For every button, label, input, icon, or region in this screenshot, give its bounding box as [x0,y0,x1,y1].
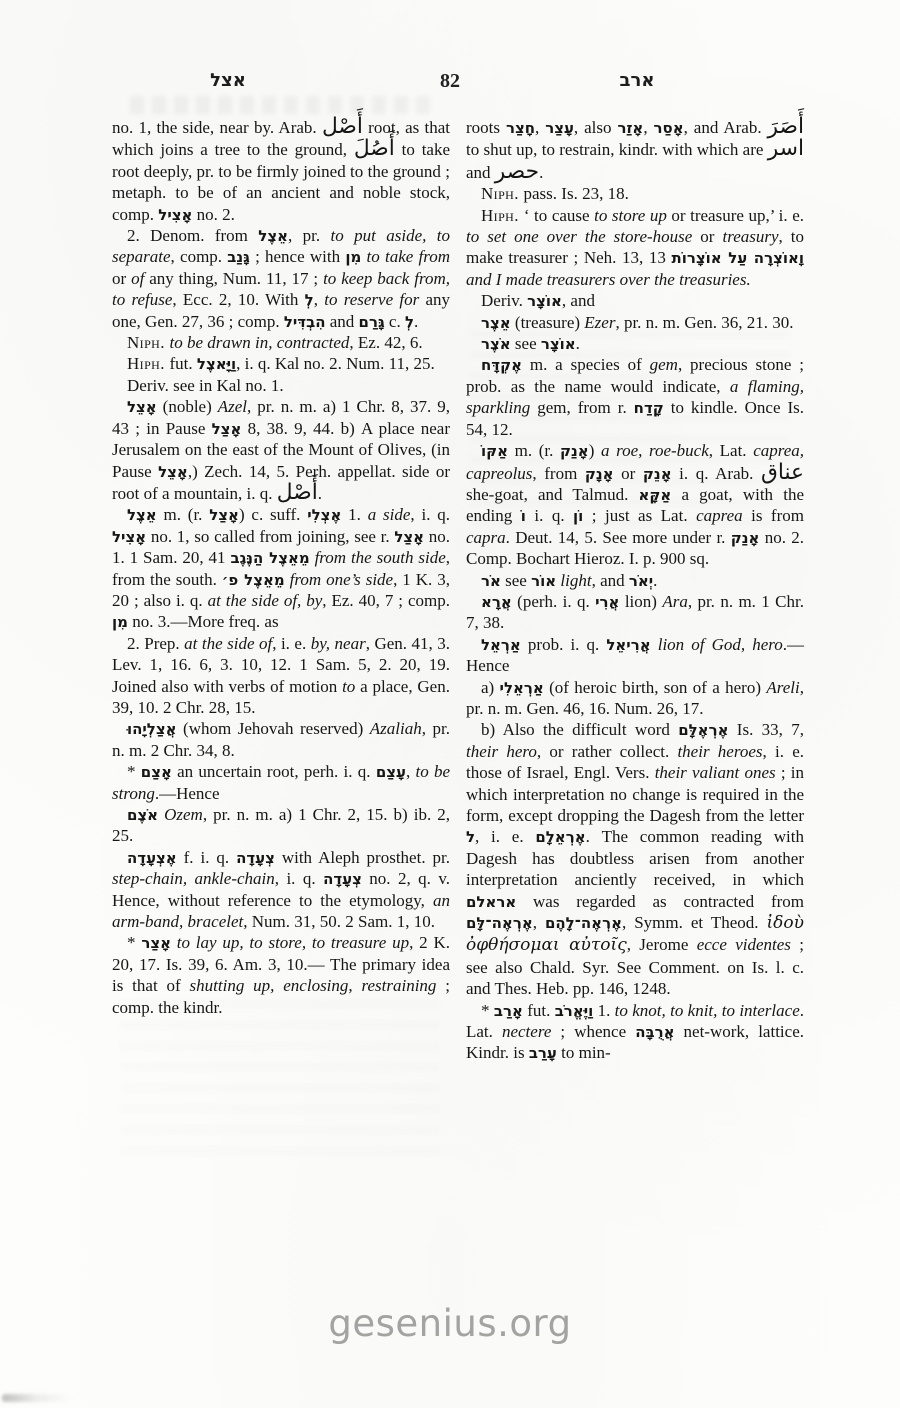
italic-text-run: their hero [466,742,537,761]
hebrew-text: אָנַק [731,529,760,547]
hebrew-text: אַקּוֹ [481,442,508,460]
hebrew-text: אֵצֶל [127,506,157,524]
italic-text-run: lion of God, hero [658,635,783,654]
italic-text-run: by, near [311,634,366,653]
text-run: see [511,334,541,353]
hebrew-text: אָצֵל [127,398,157,416]
text-run: (noble) [157,397,218,416]
text-run: an uncertain root, perh. i. q. [172,762,376,781]
italic-text-run: at the side of, by [208,591,323,610]
hebrew-text: אַרְאֵל [481,636,521,654]
right-column: roots חָצַר, עָצַר, also אָזַר, אָסַר, a… [466,116,804,1064]
hebrew-text: אֲרִי [595,593,619,611]
text-run: and [466,163,495,182]
hebrew-text: אֹצֶם [127,806,158,824]
text-run: or treasure up,’ i. e. [667,206,804,225]
hebrew-text: אֶרְאֶה־לָהֶם [545,914,622,932]
hebrew-text: מִן [345,248,361,266]
paragraph: Deriv. see in Kal no. 1. [112,375,450,396]
left-column: no. 1, the side, near by. Arab. أَصْل ro… [112,116,450,1064]
text-run: 1. [341,505,367,524]
running-head-left: אצל [158,70,298,91]
hebrew-text: אָצַל [212,420,242,438]
hebrew-text: אֶצְלִי [307,506,341,524]
text-run: * [127,762,141,781]
italic-text-run: of [131,269,144,288]
hebrew-text: אַרְאֵלִי [500,679,544,697]
text-run: no. 1, the side, near by. Arab. [112,118,322,137]
text-run: , [533,913,545,932]
text-run: , Ez. 42, 6. [349,333,422,352]
text-run: a) [481,678,500,697]
text-run: ; hence with [250,247,345,266]
text-run: or [614,464,643,483]
hebrew-text: קָדַח [634,399,664,417]
hebrew-text: אָסַר [654,119,684,137]
hebrew-text: אָצַל [394,528,424,546]
text-run: , Symm. et Theod. [622,913,767,932]
text-run: ) [589,441,601,460]
text-run: (whom Jehovah reserved) [177,719,370,738]
text-run: ) c. suff. [239,505,307,524]
scan-smudge-artifact [2,1394,72,1402]
text-run: , Jerome [627,935,697,954]
hebrew-text: מִן [112,613,128,631]
paragraph: אֹר see אוֹר light, and יְאֹר. [466,570,804,591]
text-run: i. q. Arab. [672,464,761,483]
text-run: 2. Denom. from [127,226,258,245]
text-run: , and [562,291,595,310]
hebrew-text: גָּנַב [227,248,250,266]
text-run: no. 3.—More freq. as [128,612,279,631]
hebrew-text: אָצַם [141,763,172,781]
text-run: to min- [557,1043,611,1062]
text-run: c. [385,312,405,331]
paragraph: אֶצְעָדָה f. i. q. צְעָדָה with Aleph pr… [112,847,450,933]
paragraph: b) Also the difficult word אֶרְאֶלָּם Is… [466,719,804,999]
hebrew-text: אָרַב [494,1002,523,1020]
page-header: אצל 82 ארב [0,70,900,100]
hebrew-text: חָצַר [506,119,535,137]
text-run: was regarded as contracted from [516,892,804,911]
paragraph: אֹצֶר see אוֹצָר. [466,333,804,354]
paragraph: 2. Prep. at the side of, i. e. by, near,… [112,633,450,719]
hebrew-text: אָנַק [560,442,589,460]
text-run: . [318,484,322,503]
hebrew-text: עָצַר [545,119,574,137]
text-run: to shut up, to restrain, kindr. with whi… [466,140,768,159]
text-run: , i. q. [275,869,323,888]
italic-text-run: from the south side [315,548,446,567]
italic-text-run: Azaliah [370,719,422,738]
italic-text-run: Ara [662,592,688,611]
hebrew-text: וַיֶּאֱרֹב [555,1002,594,1020]
text-columns: no. 1, the side, near by. Arab. أَصْل ro… [112,116,804,1064]
text-run: . [414,312,418,331]
italic-text-run: Ezer [584,313,615,332]
paragraph: אֹצֶם Ozem, pr. n. m. a) 1 Chr. 2, 15. b… [112,804,450,847]
hebrew-text: וֹן [573,507,583,525]
paragraph: a) אַרְאֵלִי (of heroic birth, son of a … [466,677,804,720]
text-run: , pr. [288,226,331,245]
hebrew-text: אֵצֶל [258,227,288,245]
text-run: , i. e. [272,634,310,653]
paragraph: אֶקְדָּח m. a species of gem, precious s… [466,354,804,440]
hebrew-text: אוֹצָר [541,335,576,353]
arabic-text: أَصَرَ [768,114,805,139]
paragraph: Deriv. אוֹצָר, and [466,290,804,311]
text-run: , i. q. [410,505,450,524]
text-run: (perh. i. q. [512,592,595,611]
text-run: 1. [593,1001,614,1020]
paragraph: * אָרַב fut. וַיֶּאֱרֹב 1. to knot, to k… [466,1000,804,1064]
italic-text-run: a roe, roe-buck [601,441,709,460]
italic-text-run: treasury [722,227,778,246]
text-run: , and Arab. [684,118,768,137]
text-run: ; whence [551,1022,635,1041]
text-run: , Ez. 40, 7 ; comp. [322,591,450,610]
italic-text-run: to knot, to knit, to interlace [615,1001,800,1020]
text-run: i. q. [526,506,573,525]
text-run: , from [532,464,584,483]
hebrew-text: גָּרַם [359,313,385,331]
text-run: . [653,571,657,590]
hebrew-text: מֵאֵצֶל הַנֶּגֶב [230,549,309,567]
italic-text-run: a side [368,505,411,524]
hebrew-text: אֶצְעָדָה [127,849,177,867]
italic-text-run: from one’s side [290,570,393,589]
paragraph: no. 1, the side, near by. Arab. أَصْل ro… [112,116,450,225]
paragraph: * אָצַר to lay up, to store, to treasure… [112,932,450,1018]
hebrew-text: אָזַר [617,119,643,137]
hebrew-text: עָרַב [529,1044,557,1062]
arabic-text: عناق [761,460,804,485]
text-run: she-goat, and Talmud. [466,485,639,504]
text-run: b) Also the difficult word [481,720,678,739]
text-run: 2. Prep. [127,634,184,653]
text-run: fut. [170,354,197,373]
hebrew-text: אֲרָא [481,593,512,611]
text-run: (treasure) [511,313,585,332]
text-run: no. 2. [192,205,235,224]
hebrew-text: אֹצֶר [481,335,511,353]
text-run: roots [466,118,506,137]
text-run: , [535,118,545,137]
arabic-text: أَصُلَ [354,136,395,161]
hebrew-text: מֵאֵצֶל פ׳ [222,571,285,589]
paragraph: אַרְאֵל prob. i. q. אֲרִיאֵל lion of God… [466,634,804,677]
hebrew-text: עָצַם [376,763,406,781]
text-run: .—Hence [155,784,220,803]
hebrew-text: אָצִיל [158,206,192,224]
italic-text-run: to [342,677,355,696]
italic-text-run: step-chain, ankle-chain [112,869,275,888]
hebrew-text: אַקָּא [639,486,672,504]
italic-text-run: to take from [367,247,450,266]
arabic-text: أَصْل [277,480,318,505]
text-run: , Num. 31, 50. 2 Sam. 1, 10. [243,912,435,931]
text-run: Deriv. [481,291,527,310]
hebrew-text: אָצֵל [158,463,188,481]
text-run: , also [574,118,618,137]
text-run: . [576,334,580,353]
text-run: is from [743,506,804,525]
italic-text-run: shutting up, enclosing, restraining [190,976,437,995]
text-run: m. (r. [508,441,560,460]
hebrew-text: וָאוֹצְרָה עַל אוֹצָרוֹת [672,249,804,267]
text-run: , Ecc. 2, 10. With [172,290,304,309]
text-run: (of heroic birth, son of a hero) [544,678,767,697]
text-run: Deriv. see in Kal no. 1. [127,376,284,395]
text-run: m. (r. [157,505,210,524]
italic-text-run: capra [466,528,506,547]
text-run: f. i. q. [177,848,236,867]
italic-text-run: Areli [766,678,799,697]
text-run [651,635,658,654]
hebrew-text: יְאֹר [629,572,653,590]
italic-text-run: Ozem [164,805,203,824]
hebrew-text: אֲרִיאֵל [606,636,650,654]
paragraph: roots חָצַר, עָצַר, also אָזַר, אָסַר, a… [466,116,804,183]
italic-text-run: to set one over the store-house [466,227,692,246]
italic-text-run: ecce videntes [697,935,791,954]
italic-text-run: Azel [218,397,247,416]
italic-text-run: and I made treasurers over the treasurie… [466,270,751,289]
text-run: m. a species of [522,355,650,374]
text-run: ; just as Lat. [583,506,696,525]
italic-text-run: their valiant ones [655,763,776,782]
paragraph: אָצֵל (noble) Azel, pr. n. m. a) 1 Chr. … [112,396,450,504]
text-run: , [643,118,653,137]
hebrew-text: וַיָּאצֶל [197,355,236,373]
paragraph: אַקּוֹ m. (r. אָנַק) a roe, roe-buck, La… [466,440,804,569]
paragraph: אֵצֶר (treasure) Ezer, pr. n. m. Gen. 36… [466,312,804,333]
text-run: fut. [523,1001,555,1020]
grammar-form-label: Hiph. [481,206,524,225]
grammar-form-label: Hiph. [127,354,170,373]
grammar-form-label: Niph. [127,333,170,352]
text-run: * [127,933,141,952]
hebrew-text: אראלם [466,893,516,911]
italic-text-run: to lay up, to store, to treasure up [177,933,409,952]
text-run: see [501,571,531,590]
text-run: or [692,227,722,246]
paragraph: Niph. pass. Is. 23, 18. [466,183,804,204]
italic-text-run: gem [650,355,678,374]
text-run: * [481,1001,494,1020]
hebrew-text: אֵצֶר [481,314,511,332]
paragraph: אֲצַלְיָהוּ (whom Jehovah reserved) Azal… [112,718,450,761]
text-run: gem, from r. [530,398,633,417]
hebrew-text: אָנֵק [643,465,672,483]
hebrew-text: אֶרְאֵלָם [535,828,585,846]
scanned-page: אצל 82 ארב no. 1, the side, near by. Ara… [0,0,900,1408]
hebrew-text: ל [466,828,475,846]
hebrew-text: צְעָדָה [323,870,362,888]
hebrew-text: לְ [305,291,314,309]
text-run: Is. 33, 7, [728,720,804,739]
text-run: or [112,269,131,288]
text-run: , i. e. [475,827,535,846]
italic-text-run: light [560,571,591,590]
hebrew-text: אֶרְאֶלָּם [678,721,728,739]
text-run: . Deut. 14, 5. See more under r. [506,528,731,547]
text-run: ‘ to cause [524,206,594,225]
text-run: pass. Is. 23, 18. [524,184,629,203]
paragraph: אֲרָא (perh. i. q. אֲרִי lion) Ara, pr. … [466,591,804,634]
hebrew-text: הִבְדִּיל [284,313,326,331]
hebrew-text: אוֹצָר [527,292,562,310]
paragraph: Niph. to be drawn in, contracted, Ez. 42… [112,332,450,353]
text-run: prob. i. q. [521,635,607,654]
hebrew-text: אָנָק [585,465,614,483]
text-run: , i. q. Kal no. 2. Num. 11, 25. [236,354,435,373]
page-number: 82 [405,70,495,93]
italic-text-run: to store up [594,206,667,225]
italic-text-run: nectere [502,1022,551,1041]
paragraph: Hiph. fut. וַיָּאצֶל, i. q. Kal no. 2. N… [112,353,450,374]
text-run: and [326,312,359,331]
hebrew-text: לְ [405,313,414,331]
paragraph: Hiph. ‘ to cause to store up or treasure… [466,205,804,291]
text-run: lion) [619,592,662,611]
italic-text-run: their heroes [677,742,762,761]
text-run: , Lat. [709,441,753,460]
italic-text-run: to reserve for [324,290,419,309]
paragraph: אֵצֶל m. (r. אָצַל) c. suff. אֶצְלִי 1. … [112,504,450,632]
arabic-text: حصر [495,159,539,184]
text-run: , [314,290,325,309]
text-run: with Aleph prosthet. pr. [275,848,450,867]
hebrew-text: אָצַר [141,934,171,952]
paragraph: 2. Denom. from אֵצֶל, pr. to put aside, … [112,225,450,332]
hebrew-text: אָצַל [209,506,239,524]
hebrew-text: צְעָדָה [236,849,275,867]
hebrew-text: אֹר [481,572,501,590]
hebrew-text: אֶרְאֶה־לָּם [466,914,533,932]
watermark: gesenius.org [0,1302,900,1345]
grammar-form-label: Niph. [481,184,524,203]
text-run: , pr. n. m. Gen. 36, 21. 30. [615,313,793,332]
running-head-right: ארב [567,70,707,91]
hebrew-text: אָצִיל [112,528,146,546]
paragraph: * אָצַם an uncertain root, perh. i. q. ע… [112,761,450,804]
italic-text-run: at the side of [184,634,272,653]
italic-text-run: caprea [696,506,743,525]
italic-text-run: to be drawn in, contracted [170,333,350,352]
text-run: , comp. [171,247,228,266]
text-run: . [539,163,543,182]
text-run: , and [592,571,629,590]
hebrew-text: אֲרֻבָּה [635,1023,674,1041]
hebrew-text: אֶקְדָּח [481,356,522,374]
text-run: any thing, Num. 11, 17 ; [144,269,323,288]
text-run: , or rather collect. [537,742,678,761]
text-run: no. 1, so called from joining, see r. [146,527,394,546]
hebrew-text: אֲצַלְיָהוּ [127,720,177,738]
arabic-text: اسر [768,136,804,161]
hebrew-text: אוֹר [531,572,556,590]
